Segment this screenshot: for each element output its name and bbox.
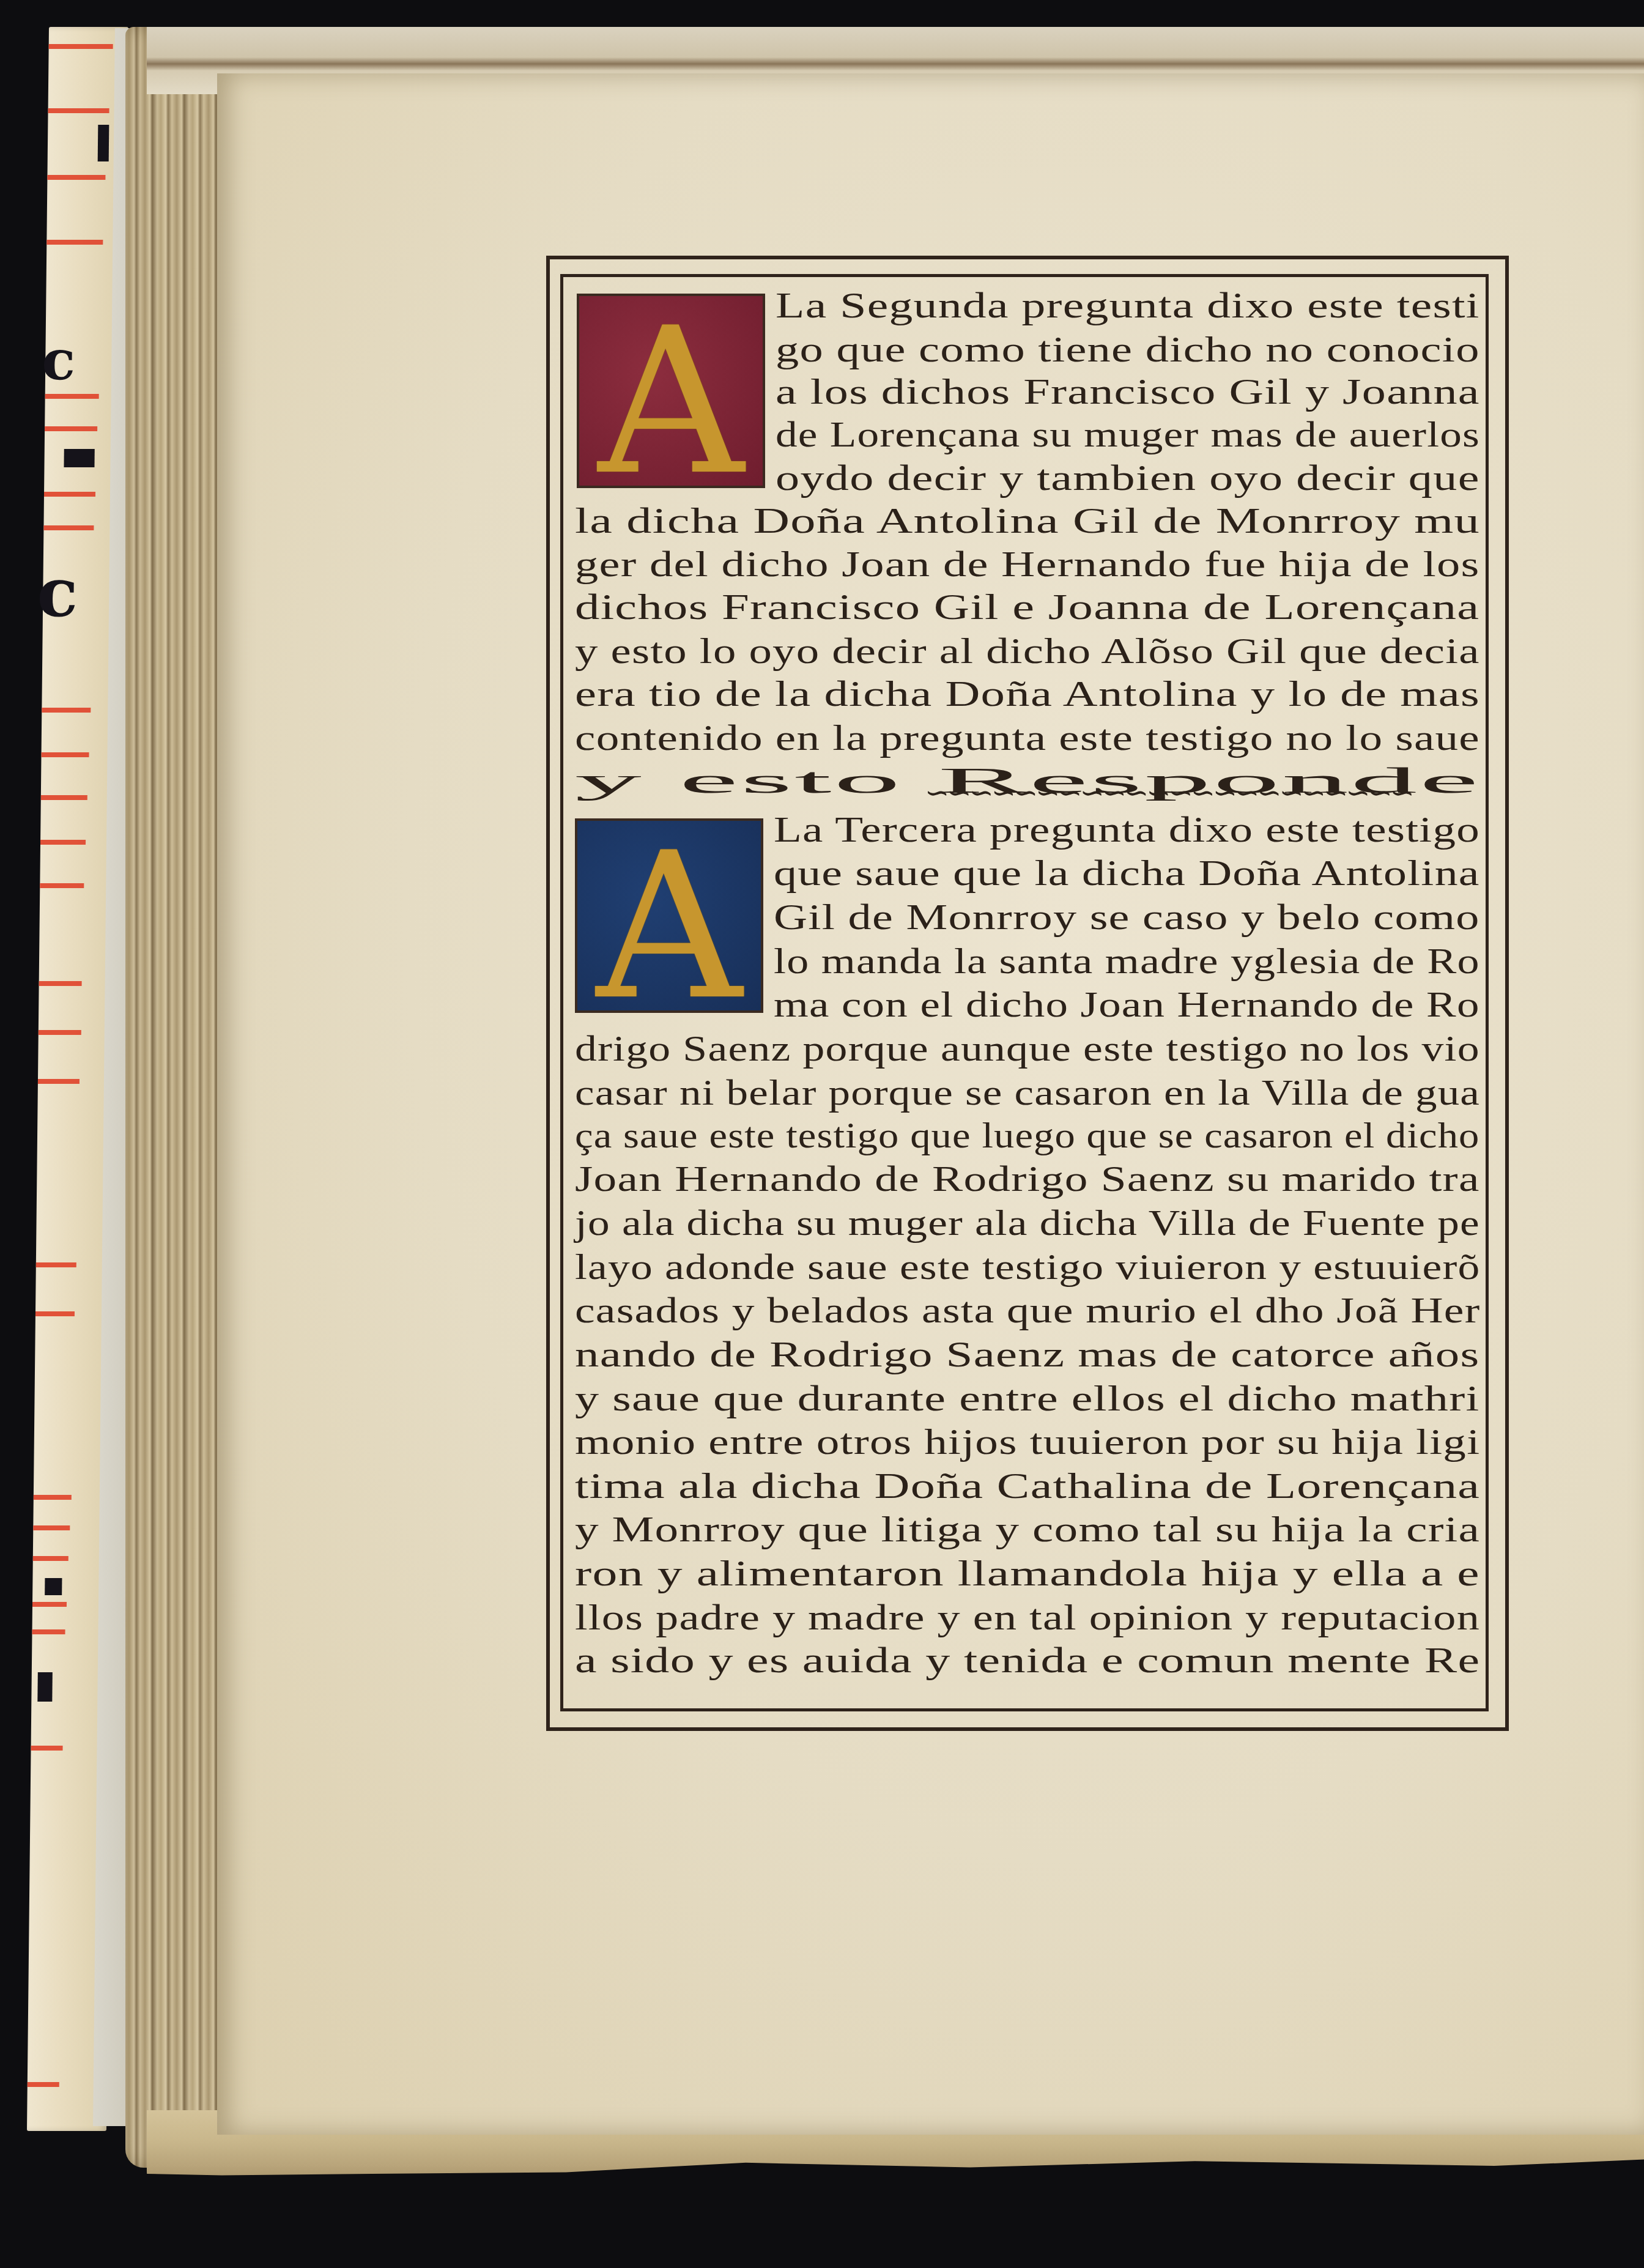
text-line: a sido y es auida y tenida e comun mente… bbox=[575, 1639, 1480, 1681]
text-line: ça saue este testigo que luego que se ca… bbox=[575, 1114, 1479, 1157]
text-line: ger del dicho Joan de Hernando fue hija … bbox=[575, 543, 1480, 585]
staff-rule bbox=[40, 883, 84, 888]
text-line: casar ni belar porque se casaron en la V… bbox=[575, 1072, 1480, 1114]
text-line: era tio de la dicha Doña Antolina y lo d… bbox=[575, 673, 1480, 715]
clef-icon: c bbox=[42, 333, 76, 388]
staff-rule bbox=[34, 1495, 72, 1500]
text-line: go que como tiene dicho no conocio bbox=[776, 328, 1480, 371]
staff-rule bbox=[31, 1746, 63, 1751]
text-line: nando de Rodrigo Saenz mas de catorce añ… bbox=[575, 1333, 1480, 1376]
staff-rule bbox=[42, 752, 89, 757]
text-line: tima ala dicha Doña Cathalina de Lorença… bbox=[575, 1465, 1480, 1507]
staff-rule bbox=[36, 1262, 76, 1267]
square-note-icon bbox=[45, 1578, 62, 1595]
staff-rule bbox=[41, 795, 87, 800]
text-line: ron y alimentaron llamandola hija y ella… bbox=[575, 1552, 1480, 1595]
text-line: y saue que durante entre ellos el dicho … bbox=[575, 1377, 1479, 1420]
illuminated-initial-blue: A bbox=[575, 818, 763, 1013]
illuminated-initial-red: A bbox=[577, 294, 765, 488]
initial-letter: A bbox=[598, 301, 744, 503]
text-line: y Monrroy que litiga y como tal su hija … bbox=[575, 1508, 1480, 1551]
staff-rule bbox=[33, 1556, 68, 1561]
text-line: ma con el dicho Joan Hernando de Ro bbox=[774, 984, 1480, 1026]
text-line: jo ala dicha su muger ala dicha Villa de… bbox=[575, 1202, 1480, 1244]
text-line: la dicha Doña Antolina Gil de Monrroy mu bbox=[575, 500, 1480, 542]
text-line: casados y belados asta que murio el dho … bbox=[575, 1289, 1480, 1332]
staff-rule bbox=[42, 708, 91, 713]
text-line: drigo Saenz porque aunque este testigo n… bbox=[575, 1028, 1480, 1070]
text-line: La Tercera pregunta dixo este testigo bbox=[774, 809, 1480, 851]
text-line: dichos Francisco Gil e Joanna de Lorença… bbox=[575, 586, 1479, 628]
line-filler-flourish: ∽∽∽∽∽∽∽∽∽∽∽∽∽∽∽∽∽∽∽∽∽∽ bbox=[925, 776, 1481, 800]
staff-rule bbox=[39, 981, 82, 986]
staff-rule bbox=[44, 492, 95, 497]
text-line: llos padre y madre y en tal opinion y re… bbox=[575, 1596, 1480, 1639]
square-note-icon bbox=[98, 125, 109, 161]
square-note-icon bbox=[64, 449, 94, 467]
text-line: layo adonde saue este testigo viuieron y… bbox=[575, 1246, 1480, 1288]
staff-rule bbox=[32, 1602, 67, 1607]
staff-rule bbox=[39, 1030, 81, 1035]
text-line: oydo decir y tambien oyo decir que bbox=[776, 457, 1480, 499]
staff-rule bbox=[48, 108, 109, 113]
staff-rule bbox=[47, 175, 105, 180]
text-line: a los dichos Francisco Gil y Joanna bbox=[776, 371, 1480, 413]
square-note-icon bbox=[37, 1672, 53, 1702]
text-line: lo manda la santa madre yglesia de Ro bbox=[774, 940, 1480, 982]
initial-letter: A bbox=[596, 826, 742, 1028]
staff-rule bbox=[40, 840, 86, 845]
staff-rule bbox=[35, 1311, 75, 1316]
text-line: de Lorençana su muger mas de auerlos bbox=[776, 413, 1480, 456]
text-line: que saue que la dicha Doña Antolina bbox=[774, 852, 1480, 894]
staff-rule bbox=[45, 426, 97, 431]
text-line: y esto lo oyo decir al dicho Alõso Gil q… bbox=[575, 630, 1480, 672]
text-line: Gil de Monrroy se caso y belo como bbox=[774, 896, 1480, 938]
clef-icon: c bbox=[37, 559, 78, 626]
text-line: monio entre otros hijos tuuieron por su … bbox=[575, 1421, 1480, 1463]
staff-rule bbox=[28, 2082, 59, 2087]
staff-rule bbox=[38, 1079, 80, 1084]
staff-rule bbox=[32, 1629, 65, 1634]
text-line: Joan Hernando de Rodrigo Saenz su marido… bbox=[575, 1158, 1480, 1200]
text-line: La Segunda pregunta dixo este testi bbox=[776, 284, 1480, 327]
staff-rule bbox=[49, 44, 113, 49]
text-line: contenido en la pregunta este testigo no… bbox=[575, 717, 1480, 759]
staff-rule bbox=[45, 394, 99, 399]
staff-rule bbox=[43, 525, 94, 530]
staff-rule bbox=[46, 240, 103, 245]
staff-rule bbox=[33, 1525, 70, 1530]
